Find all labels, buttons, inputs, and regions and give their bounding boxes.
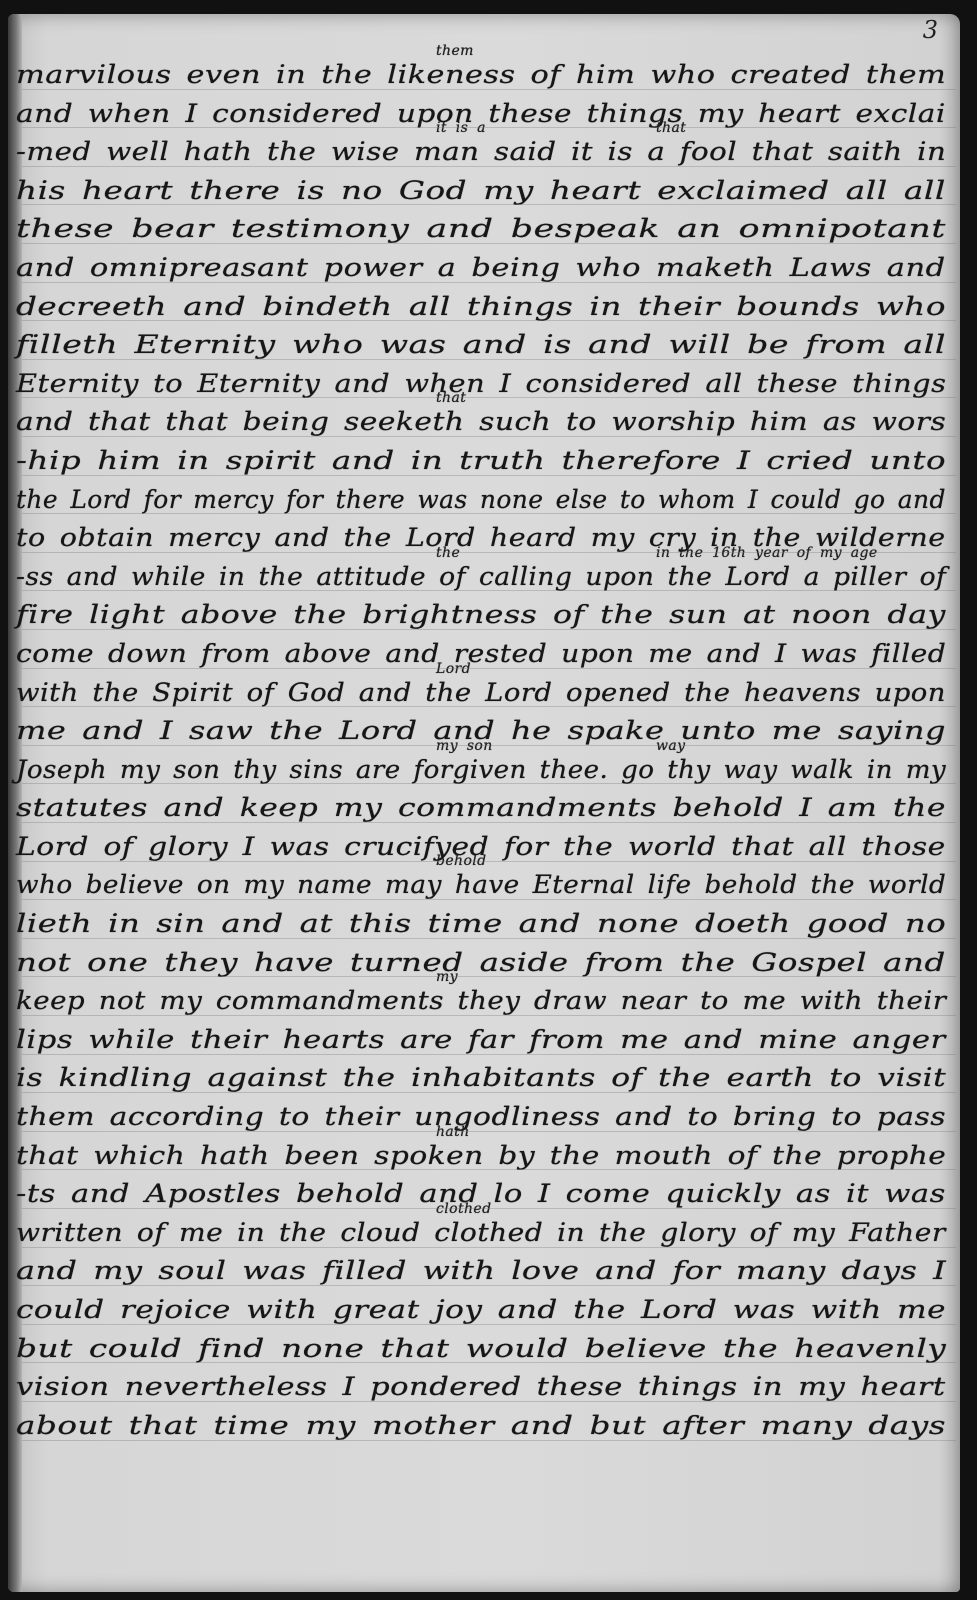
ruled-line [22,1169,956,1170]
page-number: 3 [923,16,938,44]
interlinear-insertion: it is a [436,121,486,135]
interlinear-insertion: them [436,44,474,58]
ruled-line [22,243,956,244]
ruled-line [22,590,956,591]
ruled-line [22,861,956,862]
ruled-line [22,436,956,437]
ruled-line [22,745,956,746]
ruled-line [22,127,956,128]
ruled-line [22,899,956,900]
ruled-line [22,1208,956,1209]
manuscript-page: 3 marvilous even in the likeness of him … [8,14,960,1592]
ruled-line [22,359,956,360]
ruled-line [22,204,956,205]
ruled-line [22,668,956,669]
handwritten-text-body: marvilous even in the likeness of him wh… [16,56,952,1445]
interlinear-insertion: that [656,121,686,135]
ruled-line [22,822,956,823]
scan-frame: 3 marvilous even in the likeness of him … [0,0,977,1600]
ruled-line [22,1131,956,1132]
ruled-line [22,1247,956,1248]
ruled-line [22,1015,956,1016]
ruled-line [22,1401,956,1402]
ruled-line [22,166,956,167]
ruled-line [22,706,956,707]
ruled-line [22,938,956,939]
ruled-line [22,1324,956,1325]
ruled-line [22,89,956,90]
ruled-line [22,1092,956,1093]
ruled-line [22,1362,956,1363]
ruled-line [22,397,956,398]
ruled-line [22,552,956,553]
ruled-line [22,282,956,283]
ruled-line [22,1285,956,1286]
ruled-line [22,320,956,321]
ruled-line [22,1440,956,1441]
ruled-line [22,513,956,514]
ruled-line [22,475,956,476]
ruled-line [22,1054,956,1055]
ruled-line [22,629,956,630]
ruled-line [22,783,956,784]
ruled-line [22,976,956,977]
